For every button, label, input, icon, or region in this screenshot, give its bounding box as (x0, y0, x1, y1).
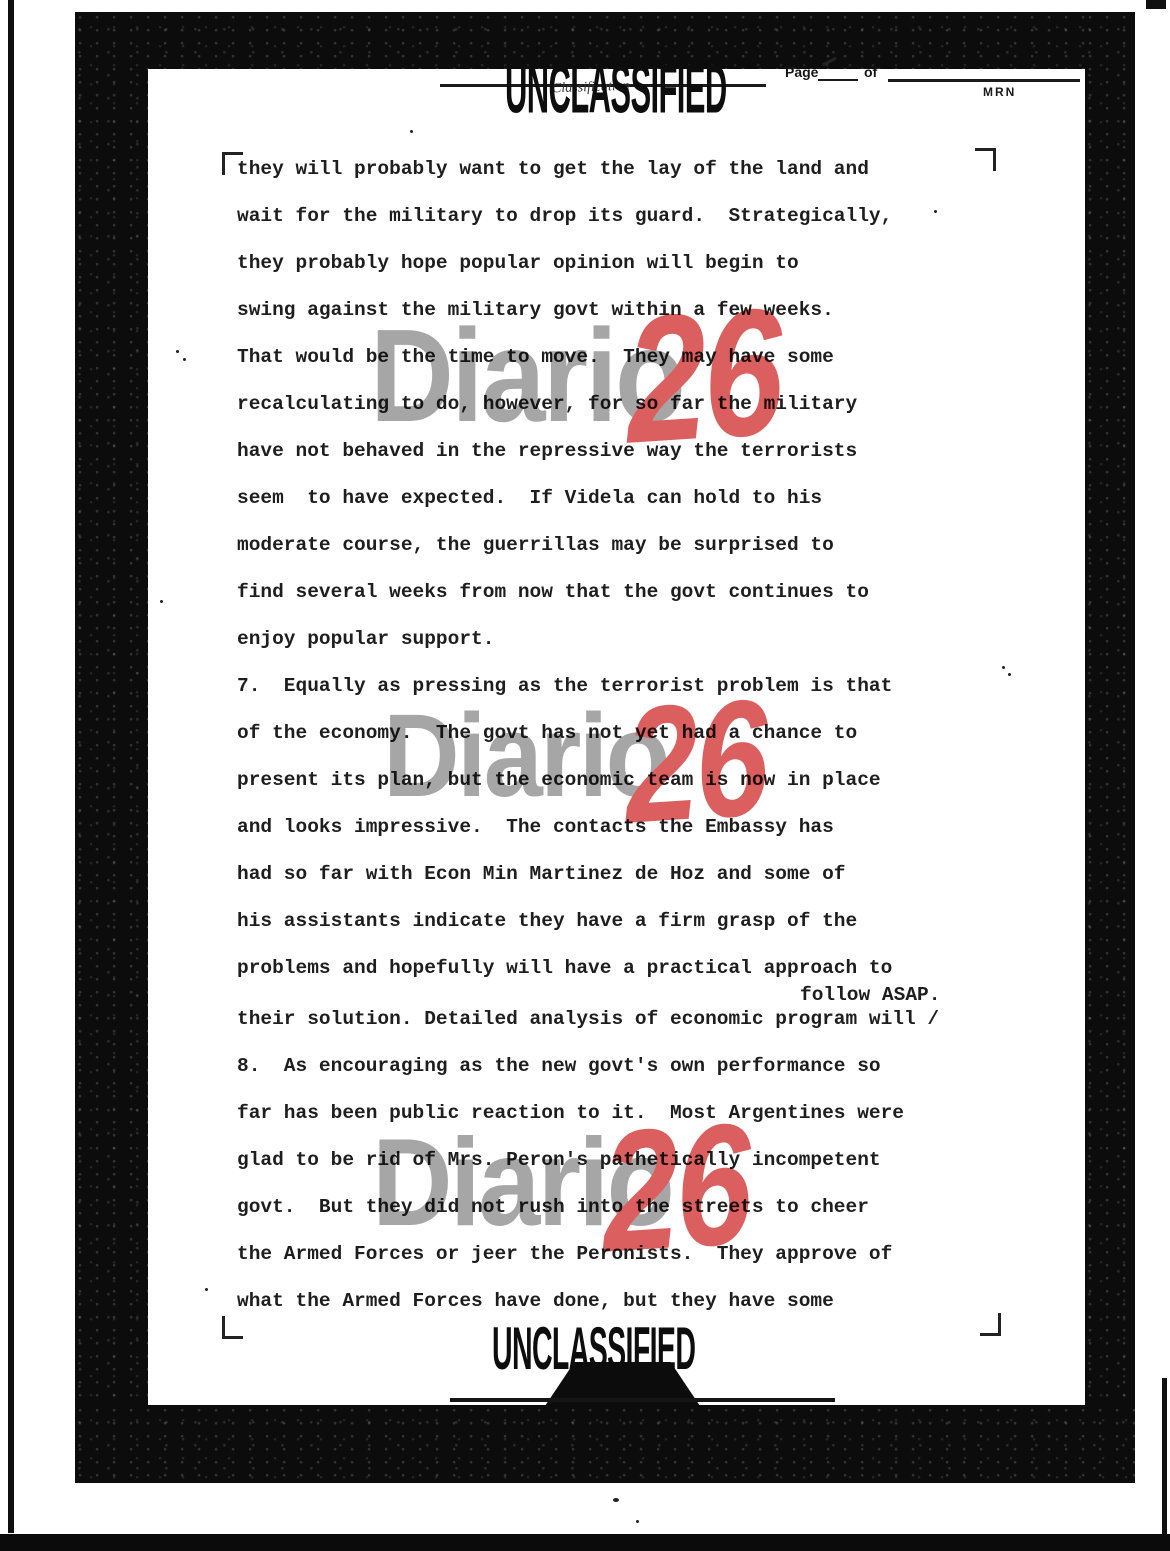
typed-line: enjoy popular support. (237, 628, 494, 650)
typed-line: moderate course, the guerrillas may be s… (237, 534, 834, 556)
speck (636, 1520, 639, 1523)
typed-line: glad to be rid of Mrs. Peron's pathetica… (237, 1149, 881, 1171)
speck (410, 130, 413, 133)
typed-line: swing against the military govt within a… (237, 299, 834, 321)
typed-line: their solution. Detailed analysis of eco… (237, 1008, 939, 1030)
scanned-document-page: { "header": { "stamp": "UNCLASSIFIED", "… (0, 0, 1170, 1551)
speck (160, 600, 163, 603)
speck (613, 1498, 619, 1502)
speck (183, 358, 186, 361)
typed-line: they probably hope popular opinion will … (237, 252, 799, 274)
typed-line: find several weeks from now that the gov… (237, 581, 869, 603)
typed-line: the Armed Forces or jeer the Peronists. … (237, 1243, 892, 1265)
typed-line: problems and hopefully will have a pract… (237, 957, 892, 979)
typed-line: of the economy. The govt has not yet had… (237, 722, 857, 744)
unclassified-stamp-bottom: UNCLASSIFIED (492, 1312, 820, 1366)
typed-line: had so far with Econ Min Martinez de Hoz… (237, 863, 846, 885)
speck (1008, 673, 1011, 676)
typed-line: 7. Equally as pressing as the terrorist … (237, 675, 892, 697)
speck (1002, 666, 1005, 669)
typed-line: what the Armed Forces have done, but the… (237, 1290, 834, 1312)
speck (934, 210, 937, 213)
typed-line: wait for the military to drop its guard.… (237, 205, 892, 227)
typed-line: they will probably want to get the lay o… (237, 158, 869, 180)
speck (205, 1288, 208, 1291)
typed-line: his assistants indicate they have a firm… (237, 910, 857, 932)
speck (176, 350, 179, 353)
typed-line: That would be the time to move. They may… (237, 346, 834, 368)
typed-line: present its plan, but the economic team … (237, 769, 881, 791)
typed-line: follow ASAP. (800, 984, 940, 1006)
typed-line: 8. As encouraging as the new govt's own … (237, 1055, 881, 1077)
typed-line: recalculating to do, however, for so far… (237, 393, 857, 415)
typed-line: and looks impressive. The contacts the E… (237, 816, 834, 838)
typed-line: have not behaved in the repressive way t… (237, 440, 857, 462)
typed-line: govt. But they did not rush into the str… (237, 1196, 869, 1218)
typed-line: seem to have expected. If Videla can hol… (237, 487, 822, 509)
bottom-rule-line (450, 1398, 835, 1402)
typed-line: far has been public reaction to it. Most… (237, 1102, 904, 1124)
